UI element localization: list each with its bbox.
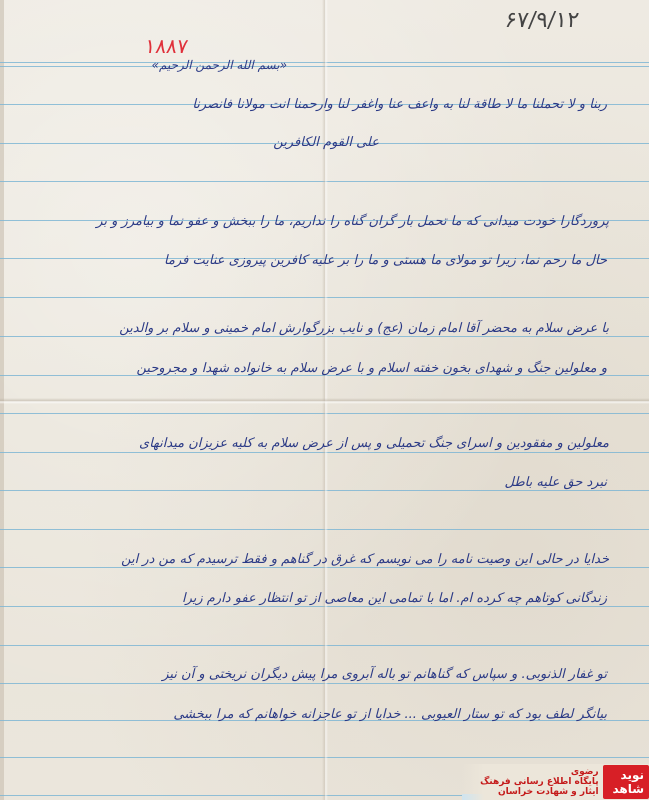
letter-line-basmala: «بسم الله الرحمن الرحیم» [152, 56, 287, 74]
letter-line-9: خدایا در حالی این وصیت نامه را می نویسم … [121, 551, 609, 569]
letter-line-1: ربنا و لا تحملنا ما لا طاقة لنا به واعف … [192, 96, 607, 114]
watermark: رضوی پایگاه اطلاع رسانی فرهنگ ایثار و شه… [462, 764, 649, 800]
letter-line-2: علی القوم الکافرین [273, 134, 379, 152]
letter-line-3: پروردگارا خودت میدانی که ما تحمل بار گرا… [96, 213, 609, 231]
letter-line-4: حال ما رحم نما، زیرا تو مولای ما هستی و … [164, 252, 607, 270]
letter-line-12: بیانگر لطف بود که تو ستار العیوبی ... خد… [173, 706, 607, 724]
letter-line-6: و معلولین جنگ و شهدای بخون خفته اسلام و … [137, 360, 607, 378]
letter-line-8: نبرد حق علیه باطل [504, 474, 607, 492]
letter-line-7: معلولین و مفقودین و اسرای جنگ تحمیلی و پ… [139, 435, 609, 453]
watermark-text: رضوی پایگاه اطلاع رسانی فرهنگ ایثار و شه… [462, 767, 599, 797]
horizontal-fold-crease [0, 398, 649, 404]
navid-shahed-logo-icon: نوید شاهد [603, 765, 649, 799]
letter-line-10: زندگانی کوتاهم چه کرده ام. اما با تمامی … [182, 590, 607, 608]
date-note: ۶۷/۹/۱۲ [504, 8, 581, 33]
scanned-letter-page: ۶۷/۹/۱۲ ۱۸۸۷ «بسم الله الرحمن الرحیم» رب… [0, 0, 649, 800]
letter-line-11: تو غفار الذنوبی. و سپاس که گناهانم تو با… [162, 666, 607, 684]
watermark-line2: پایگاه اطلاع رسانی فرهنگ ایثار و شهادت خ… [462, 777, 599, 797]
watermark-line1: رضوی [462, 767, 599, 777]
letter-line-5: با عرض سلام به محضر آقا امام زمان (عج) و… [119, 320, 609, 338]
archive-code: ۱۸۸۷ [143, 34, 189, 58]
